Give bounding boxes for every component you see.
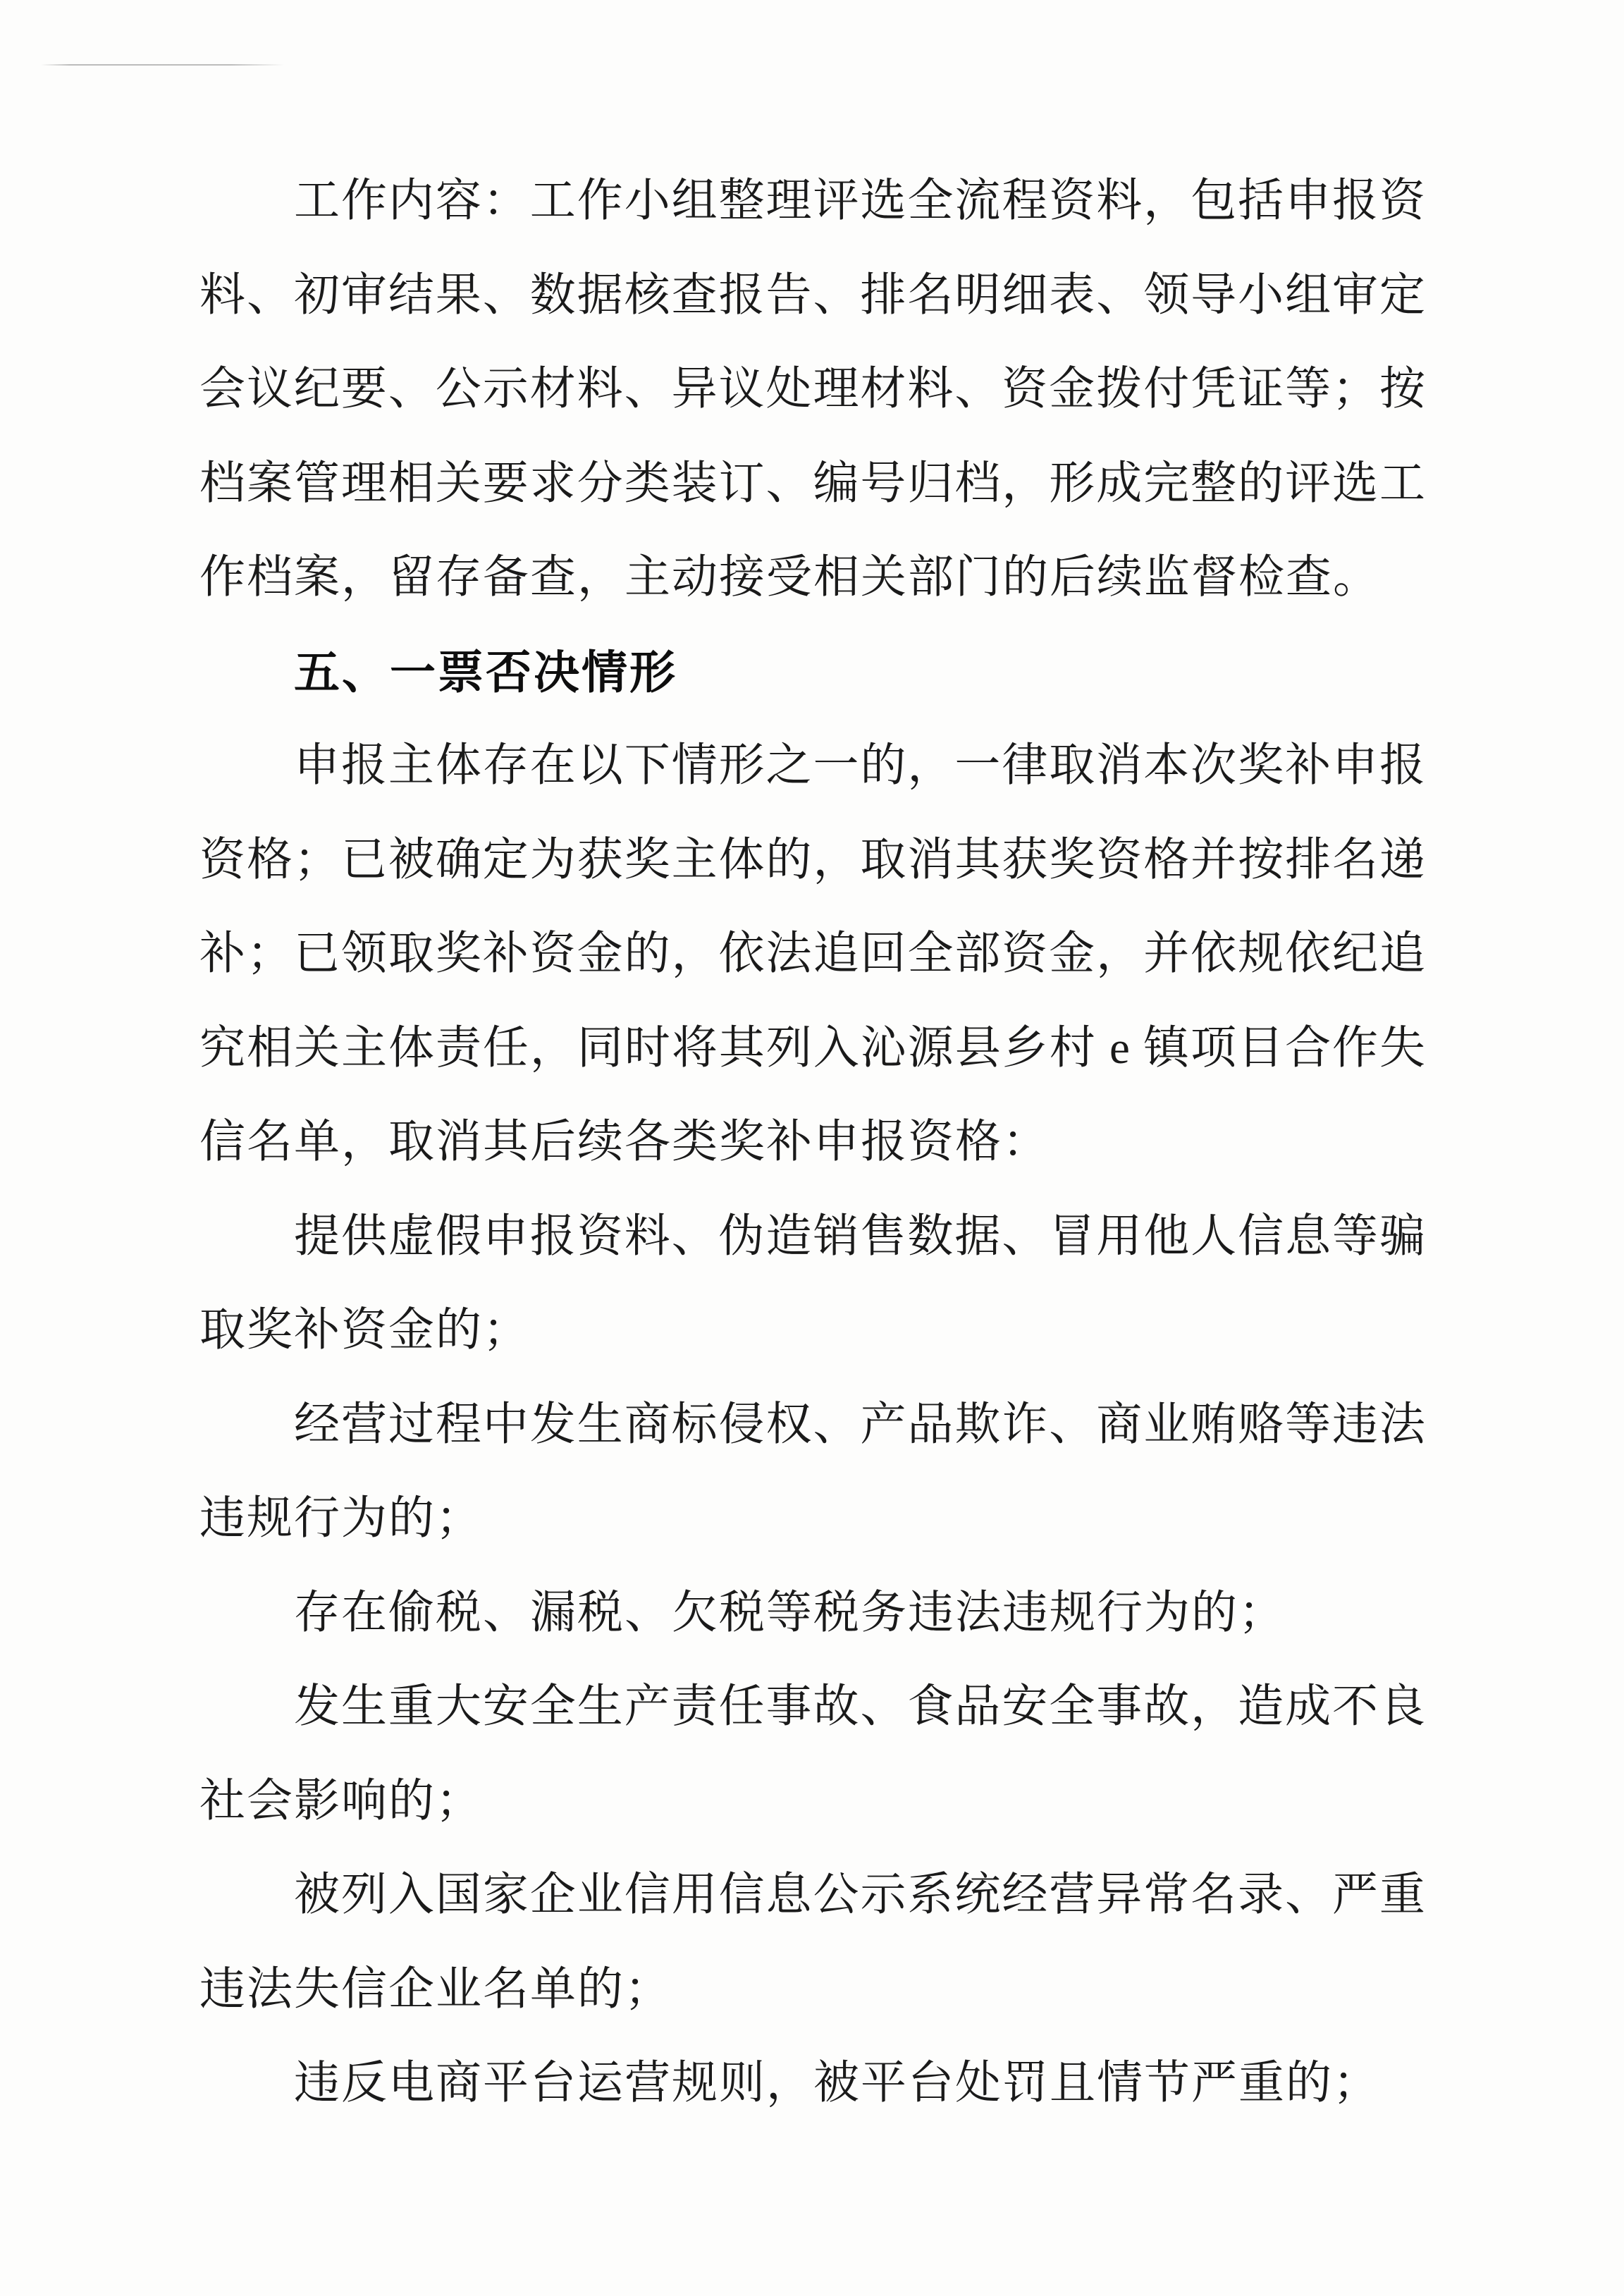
document-body: 工作内容：工作小组整理评选全流程资料，包括申报资料、初审结果、数据核查报告、排名…	[199, 154, 1426, 2131]
text-line: 工作内容：工作小组整理评选全流程资料，包括申报资	[199, 154, 1426, 249]
text-line: 经营过程中发生商标侵权、产品欺诈、商业贿赂等违法	[199, 1378, 1426, 1473]
text-line: 社会影响的；	[199, 1755, 1426, 1849]
text-line: 会议纪要、公示材料、异议处理材料、资金拨付凭证等；按	[199, 343, 1426, 437]
document-page: 工作内容：工作小组整理评选全流程资料，包括申报资料、初审结果、数据核查报告、排名…	[0, 0, 1624, 2296]
text-line: 究相关主体责任，同时将其列入沁源县乡村 e 镇项目合作失	[199, 1002, 1426, 1096]
text-line: 档案管理相关要求分类装订、编号归档，形成完整的评选工	[199, 437, 1426, 532]
text-line: 补；已领取奖补资金的，依法追回全部资金，并依规依纪追	[199, 907, 1426, 1002]
text-line: 信名单，取消其后续各类奖补申报资格：	[199, 1095, 1426, 1190]
text-line: 违反电商平台运营规则，被平台处罚且情节严重的；	[199, 2037, 1426, 2131]
text-line: 存在偷税、漏税、欠税等税务违法违规行为的；	[199, 1566, 1426, 1661]
text-line: 作档案，留存备查，主动接受相关部门的后续监督检查。	[199, 531, 1426, 625]
text-line: 申报主体存在以下情形之一的，一律取消本次奖补申报	[199, 719, 1426, 814]
text-line: 被列入国家企业信用信息公示系统经营异常名录、严重	[199, 1848, 1426, 1943]
text-line: 料、初审结果、数据核查报告、排名明细表、领导小组审定	[199, 249, 1426, 343]
section-heading: 五、一票否决情形	[199, 625, 1426, 720]
text-line: 发生重大安全生产责任事故、食品安全事故，造成不良	[199, 1660, 1426, 1755]
text-line: 提供虚假申报资料、伪造销售数据、冒用他人信息等骗	[199, 1190, 1426, 1284]
text-line: 违规行为的；	[199, 1472, 1426, 1566]
text-line: 取奖补资金的；	[199, 1284, 1426, 1378]
text-line: 违法失信企业名单的；	[199, 1943, 1426, 2037]
text-line: 资格；已被确定为获奖主体的，取消其获奖资格并按排名递	[199, 814, 1426, 908]
scan-artifact-line	[41, 64, 284, 66]
